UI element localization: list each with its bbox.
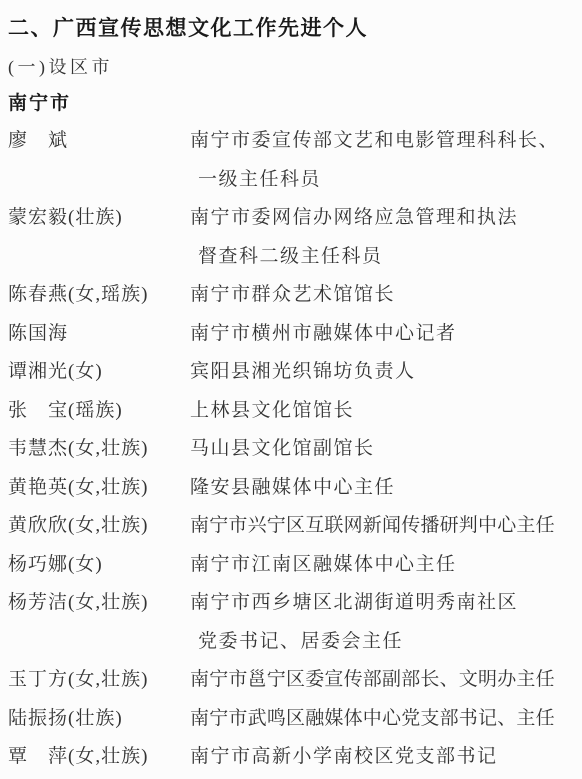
entry-job-line: 南宁市邕宁区委宣传部副部长、文明办主任 [190,661,578,700]
entry-job-line: 一级主任科员 [190,161,578,200]
entry-job: 上林县文化馆馆长 [190,392,578,431]
entry-job-line: 南宁市兴宁区互联网新闻传播研判中心主任 [190,507,578,546]
entry-job-line: 南宁市群众艺术馆馆长 [190,276,578,315]
entry-name: 廖 斌 [8,122,190,161]
entry-job: 南宁市群众艺术馆馆长 [190,276,578,315]
entry-job-line: 马山县文化馆副馆长 [190,430,578,469]
entry-name: 杨巧娜(女) [8,546,190,585]
entry-name: 陆振扬(壮族) [8,700,190,739]
entry-job-line: 南宁市委宣传部文艺和电影管理科科长、 [190,122,578,161]
entry-row: 蒙宏毅(壮族) 南宁市委网信办网络应急管理和执法督查科二级主任科员 [8,199,578,276]
entry-row: 廖 斌 南宁市委宣传部文艺和电影管理科科长、一级主任科员 [8,122,578,199]
entry-job-line: 南宁市西乡塘区北湖街道明秀南社区 [190,584,578,623]
page-title: 二、广西宣传思想文化工作先进个人 [8,8,578,48]
entry-job-line: 党委书记、居委会主任 [190,623,578,662]
entry-job: 南宁市西乡塘区北湖街道明秀南社区党委书记、居委会主任 [190,584,578,661]
entry-job-line: 隆安县融媒体中心主任 [190,469,578,508]
entry-name: 黄欣欣(女,壮族) [8,507,190,546]
entry-name: 覃 萍(女,壮族) [8,738,190,777]
city-heading: 南宁市 [8,86,578,122]
entry-job: 南宁市委网信办网络应急管理和执法督查科二级主任科员 [190,199,578,276]
entry-job-line: 南宁市江南区融媒体中心主任 [190,546,578,585]
entry-name: 蒙宏毅(壮族) [8,199,190,238]
entry-row: 陈春燕(女,瑶族) 南宁市群众艺术馆馆长 [8,276,578,315]
entry-row: 韦慧杰(女,壮族) 马山县文化馆副馆长 [8,430,578,469]
entry-job: 宾阳县湘光织锦坊负责人 [190,353,578,392]
entry-name: 黄艳英(女,壮族) [8,469,190,508]
entry-job: 南宁市武鸣区融媒体中心党支部书记、主任 [190,700,578,739]
entry-name: 张 宝(瑶族) [8,392,190,431]
entry-job: 南宁市横州市融媒体中心记者 [190,315,578,354]
entry-job: 南宁市高新小学南校区党支部书记 [190,738,578,777]
document-page: 二、广西宣传思想文化工作先进个人 (一)设区市 南宁市 廖 斌 南宁市委宣传部文… [0,0,582,779]
entry-job-line: 宾阳县湘光织锦坊负责人 [190,353,578,392]
entry-row: 张 宝(瑶族) 上林县文化馆馆长 [8,392,578,431]
entry-row: 杨巧娜(女) 南宁市江南区融媒体中心主任 [8,546,578,585]
entry-name: 玉丁方(女,壮族) [8,661,190,700]
entry-job: 南宁市委宣传部文艺和电影管理科科长、一级主任科员 [190,122,578,199]
entry-job: 南宁市邕宁区委宣传部副部长、文明办主任 [190,661,578,700]
entry-name: 谭湘光(女) [8,353,190,392]
entry-name: 杨芳洁(女,壮族) [8,584,190,623]
entry-list: 廖 斌 南宁市委宣传部文艺和电影管理科科长、一级主任科员 蒙宏毅(壮族) 南宁市… [8,122,578,777]
entry-name: 韦慧杰(女,壮族) [8,430,190,469]
entry-row: 陆振扬(壮族) 南宁市武鸣区融媒体中心党支部书记、主任 [8,700,578,739]
entry-job: 南宁市兴宁区互联网新闻传播研判中心主任 [190,507,578,546]
entry-job-line: 南宁市高新小学南校区党支部书记 [190,738,578,777]
entry-job: 南宁市江南区融媒体中心主任 [190,546,578,585]
entry-row: 陈国海 南宁市横州市融媒体中心记者 [8,315,578,354]
entry-job: 马山县文化馆副馆长 [190,430,578,469]
entry-row: 杨芳洁(女,壮族) 南宁市西乡塘区北湖街道明秀南社区党委书记、居委会主任 [8,584,578,661]
entry-job-line: 南宁市武鸣区融媒体中心党支部书记、主任 [190,700,578,739]
entry-name: 陈春燕(女,瑶族) [8,276,190,315]
entry-job-line: 南宁市委网信办网络应急管理和执法 [190,199,578,238]
entry-job-line: 上林县文化馆馆长 [190,392,578,431]
entry-row: 黄欣欣(女,壮族) 南宁市兴宁区互联网新闻传播研判中心主任 [8,507,578,546]
entry-row: 谭湘光(女) 宾阳县湘光织锦坊负责人 [8,353,578,392]
entry-row: 覃 萍(女,壮族) 南宁市高新小学南校区党支部书记 [8,738,578,777]
entry-job-line: 南宁市横州市融媒体中心记者 [190,315,578,354]
entry-row: 玉丁方(女,壮族) 南宁市邕宁区委宣传部副部长、文明办主任 [8,661,578,700]
entry-name: 陈国海 [8,315,190,354]
entry-job-line: 督查科二级主任科员 [190,238,578,277]
entry-row: 黄艳英(女,壮族) 隆安县融媒体中心主任 [8,469,578,508]
entry-job: 隆安县融媒体中心主任 [190,469,578,508]
section-heading: (一)设区市 [8,48,578,86]
